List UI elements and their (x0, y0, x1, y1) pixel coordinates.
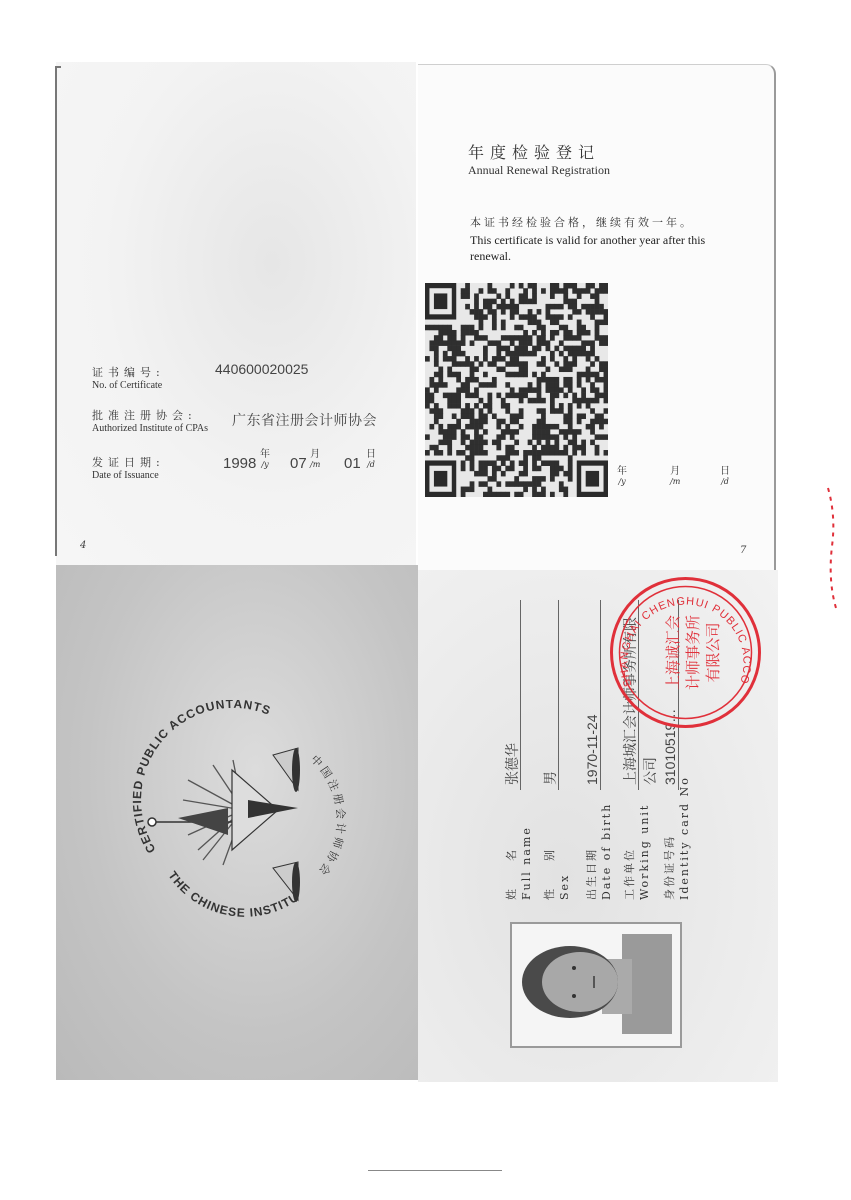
page-edge (55, 66, 61, 68)
issue-day: 01 (344, 455, 361, 472)
renew-year-unit: 年/y (617, 467, 627, 487)
svg-text:有限公司: 有限公司 (704, 622, 722, 682)
month-unit: 月/m (310, 450, 320, 470)
svg-text:上海诚汇会: 上海诚汇会 (664, 615, 682, 690)
institute-value: 广东省注册会计师协会 (232, 410, 377, 430)
renewal-title-en: Annual Renewal Registration (468, 163, 610, 178)
page-number-right: 7 (740, 545, 746, 556)
field-label-en: Date of birth (600, 803, 613, 900)
page-number-left: 4 (80, 540, 86, 551)
issue-month: 07 (290, 455, 307, 472)
field-value: 男 (540, 771, 560, 785)
renewal-statement-en: This certificate is valid for another ye… (470, 232, 740, 264)
certificate-page-issuance (56, 62, 416, 565)
field-value-cont: 公司 (642, 757, 658, 785)
cert-no-label: 证书编号: No. of Certificate (92, 364, 165, 391)
field-underline (558, 600, 559, 790)
page-edge (55, 66, 57, 556)
field-underline (600, 600, 601, 790)
svg-text:计师事务所: 计师事务所 (684, 615, 702, 690)
institute-label-en: Authorized Institute of CPAs (92, 423, 208, 434)
issue-date-label: 发证日期: Date of Issuance (92, 454, 165, 481)
stamp-fragment (826, 486, 840, 610)
cicpa-emblem-icon: CERTIFIED PUBLIC ACCOUNTANTS THE CHINESE… (128, 700, 358, 930)
year-unit: 年/y (260, 450, 270, 470)
footer-rule (368, 1170, 502, 1171)
field-value: 张德华 (502, 743, 522, 785)
renew-month-unit: 月/m (670, 467, 680, 487)
day-unit: 日/d (366, 450, 376, 470)
field-label-en: Working unit (638, 804, 651, 900)
issue-date-label-zh: 发证日期: (92, 454, 165, 470)
qr-code-icon (425, 283, 608, 497)
field-underline (520, 600, 521, 790)
field-label-en: Identity card No (678, 776, 691, 900)
issue-year: 1998 (223, 455, 256, 472)
field-label-en: Sex (558, 874, 571, 900)
cert-no-label-zh: 证书编号: (92, 364, 165, 380)
cert-no-value: 440600020025 (215, 361, 308, 377)
institute-label: 批准注册协会: Authorized Institute of CPAs (92, 407, 208, 434)
cert-no-label-en: No. of Certificate (92, 380, 165, 391)
svg-text:中国注册会计师协会: 中国注册会计师协会 (308, 752, 348, 880)
company-seal-stamp: SHANGHAI CHENGHUI PUBLIC ACCOUNTANTS CO.… (608, 575, 763, 730)
renewal-statement-zh: 本证书经检验合格，继续有效一年。 (470, 214, 694, 230)
renew-day-unit: 日/d (720, 467, 730, 487)
renewal-title-zh: 年度检验登记 (468, 140, 600, 163)
issue-date-label-en: Date of Issuance (92, 470, 165, 481)
institute-label-zh: 批准注册协会: (92, 407, 208, 423)
portrait-photo-icon (510, 922, 682, 1048)
field-label-en: Full name (520, 826, 533, 900)
field-value: 1970-11-24 (582, 714, 601, 785)
